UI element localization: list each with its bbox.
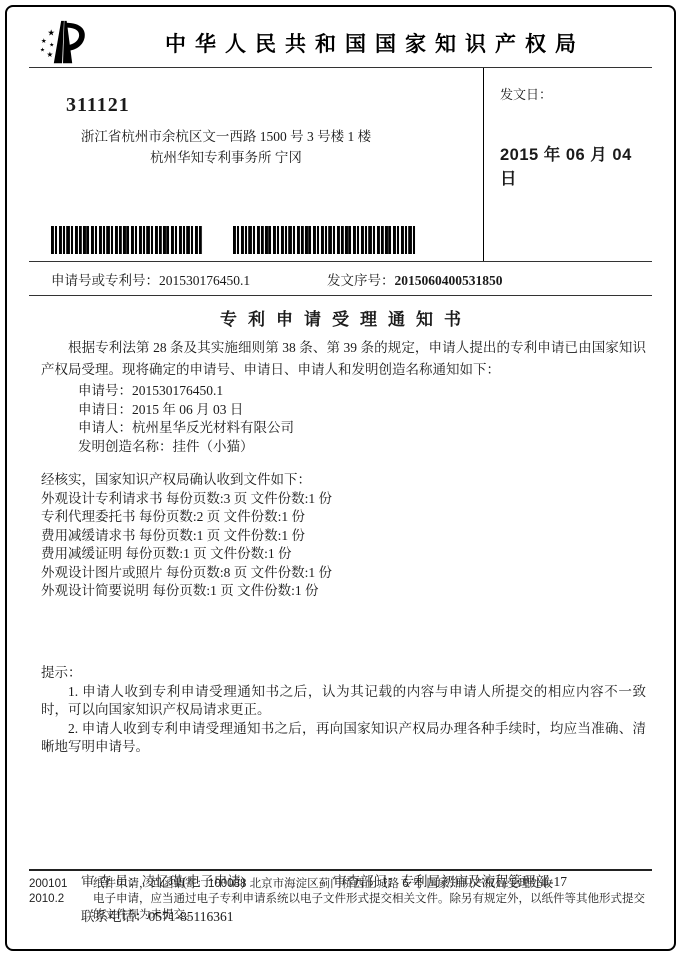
list-item: 费用减缓请求书 每份页数:1 页 文件份数:1 份	[41, 527, 646, 546]
field-label: 申请日：	[78, 402, 132, 417]
field-label: 申请人：	[78, 420, 132, 435]
field-filing-date: 申请日：2015 年 06 月 03 日	[78, 401, 646, 420]
field-label: 发明创造名称：	[78, 439, 173, 454]
field-value: 杭州星华反光材料有限公司	[132, 420, 294, 435]
dispatch-serial-label: 发文序号：	[327, 273, 395, 288]
notice-title: 专利申请受理通知书	[29, 305, 652, 330]
dispatch-date-box: 发文日： 2015 年 06 月 04 日	[483, 68, 652, 261]
dispatch-serial-field: 发文序号：2015060400531850	[327, 269, 503, 289]
received-intro: 经核实，国家知识产权局确认收到文件如下：	[41, 471, 646, 490]
received-document-list: 外观设计专利请求书 每份页数:3 页 文件份数:1 份 专利代理委托书 每份页数…	[41, 490, 646, 602]
footer-notes: 200101 纸件申请，回函请寄：100088 北京市海淀区蓟门桥西土城路 6 …	[29, 871, 652, 924]
application-number-value: 201530176450.1	[159, 273, 250, 288]
application-number-field: 申请号或专利号：201530176450.1	[51, 269, 327, 289]
list-item: 外观设计简要说明 每份页数:1 页 文件份数:1 份	[41, 582, 646, 601]
sipo-emblem-icon: ★ ★ ★ ★ ★	[37, 20, 89, 66]
mailing-section: 311121 浙江省杭州市余杭区文一西路 1500 号 3 号楼 1 楼 杭州华…	[29, 68, 652, 262]
field-applicant: 申请人：杭州星华反光材料有限公司	[78, 419, 646, 438]
agency-title: 中华人民共和国国家知识产权局	[89, 28, 652, 58]
dispatch-date-value: 2015 年 06 月 04 日	[500, 141, 652, 189]
barcode-row	[51, 226, 416, 254]
field-value: 挂件（小猫）	[173, 439, 254, 454]
intro-paragraph: 根据专利法第 28 条及其实施细则第 38 条、第 39 条的规定，申请人提出的…	[41, 337, 646, 380]
mailing-address: 浙江省杭州市余杭区文一西路 1500 号 3 号楼 1 楼 杭州华知专利事务所 …	[29, 126, 483, 168]
application-number-label: 申请号或专利号：	[51, 273, 159, 288]
form-code: 200101	[29, 877, 93, 893]
tips-label: 提示：	[41, 664, 646, 683]
tips-section: 提示： 1. 申请人收到专利申请受理通知书之后，认为其记载的内容与申请人所提交的…	[41, 664, 646, 757]
svg-text:★: ★	[47, 29, 54, 38]
svg-text:★: ★	[40, 46, 45, 53]
list-item: 外观设计图片或照片 每份页数:8 页 文件份数:1 份	[41, 564, 646, 583]
reference-row: 申请号或专利号：201530176450.1 发文序号：201506040053…	[29, 262, 652, 296]
field-label: 申请号：	[78, 383, 132, 398]
tip-item-1: 1. 申请人收到专利申请受理通知书之后，认为其记载的内容与申请人所提交的相应内容…	[41, 683, 646, 720]
list-item: 外观设计专利请求书 每份页数:3 页 文件份数:1 份	[41, 490, 646, 509]
svg-text:★: ★	[46, 50, 53, 59]
footer-note-paper: 纸件申请，回函请寄：100088 北京市海淀区蓟门桥西土城路 6 号 国家知识产…	[93, 877, 652, 893]
barcode-right	[233, 226, 416, 254]
notice-body: 根据专利法第 28 条及其实施细则第 38 条、第 39 条的规定，申请人提出的…	[29, 337, 652, 927]
address-line-2: 杭州华知专利事务所 宁冈	[29, 147, 423, 168]
svg-text:★: ★	[49, 42, 54, 49]
notice-document: ★ ★ ★ ★ ★ 中华人民共和国国家知识产权局 311121 浙江省杭州市余杭…	[5, 5, 676, 951]
footer-note-electronic: 电子申请，应当通过电子专利申请系统以电子文件形式提交相关文件。除另有规定外，以纸…	[93, 892, 652, 923]
field-invention-title: 发明创造名称：挂件（小猫）	[78, 438, 646, 457]
field-value: 2015 年 06 月 03 日	[132, 402, 243, 417]
field-application-number: 申请号：201530176450.1	[78, 382, 646, 401]
list-item: 专利代理委托书 每份页数:2 页 文件份数:1 份	[41, 508, 646, 527]
application-fields: 申请号：201530176450.1 申请日：2015 年 06 月 03 日 …	[78, 382, 646, 456]
mailing-left: 311121 浙江省杭州市余杭区文一西路 1500 号 3 号楼 1 楼 杭州华…	[29, 68, 483, 261]
tip-item-2: 2. 申请人收到专利申请受理通知书之后，再向国家知识产权局办理各种手续时，均应当…	[41, 720, 646, 757]
svg-text:★: ★	[41, 38, 47, 45]
dispatch-serial-value: 2015060400531850	[395, 273, 503, 288]
document-header: ★ ★ ★ ★ ★ 中华人民共和国国家知识产权局	[29, 7, 652, 68]
barcode-left	[51, 226, 203, 254]
field-value: 201530176450.1	[132, 383, 223, 398]
form-footer: 200101 纸件申请，回函请寄：100088 北京市海淀区蓟门桥西土城路 6 …	[29, 869, 652, 924]
form-code-date: 2010.2	[29, 892, 93, 923]
address-line-1: 浙江省杭州市余杭区文一西路 1500 号 3 号楼 1 楼	[29, 126, 423, 147]
list-item: 费用减缓证明 每份页数:1 页 文件份数:1 份	[41, 545, 646, 564]
dispatch-date-label: 发文日：	[500, 84, 652, 103]
postal-route-code: 311121	[66, 94, 483, 117]
